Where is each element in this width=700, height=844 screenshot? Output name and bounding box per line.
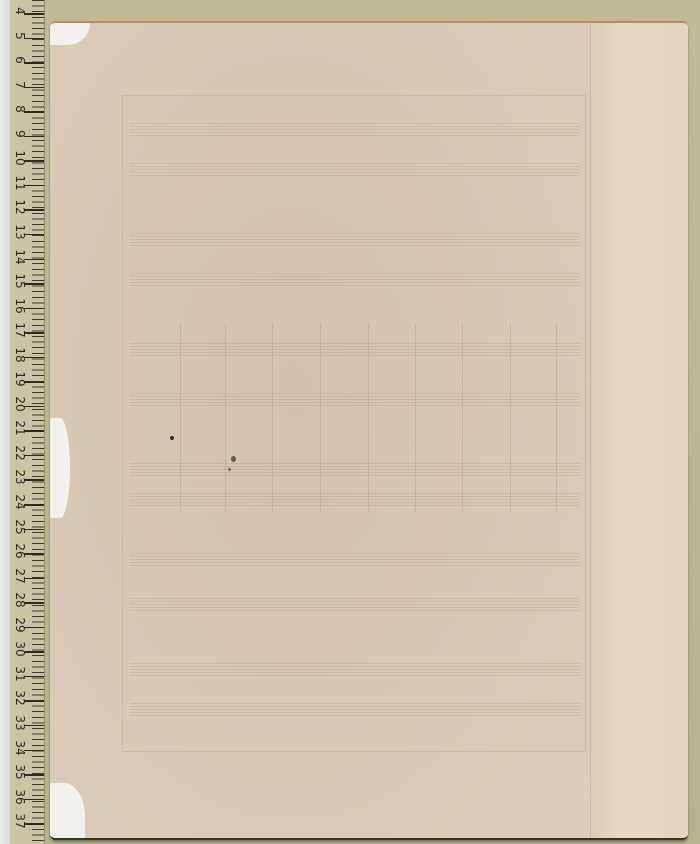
bleed-barline: [320, 323, 321, 513]
torn-edge-left: [50, 418, 70, 518]
bleed-staff: [130, 493, 580, 507]
ruler-label: 21: [13, 419, 27, 437]
ruler-label: 8: [13, 100, 27, 118]
ruler-major-tick: [24, 627, 44, 629]
ruler-label: 7: [13, 76, 27, 94]
ruler-label: 30: [13, 640, 27, 658]
bleed-barline: [368, 323, 369, 513]
ruler-major-tick: [24, 234, 44, 236]
ruler-major-tick: [24, 332, 44, 334]
ruler-ticks: [32, 0, 44, 844]
bleed-staff: [130, 123, 580, 137]
ruler-major-tick: [24, 13, 44, 15]
bleed-barline: [180, 323, 181, 513]
ruler-label: 6: [13, 51, 27, 69]
ruler-major-tick: [24, 479, 44, 481]
ruler-label: 37: [13, 812, 27, 830]
ruler-label: 13: [13, 223, 27, 241]
ruler-label: 19: [13, 370, 27, 388]
centimetre-ruler: 4567891011121314151617181920212223242526…: [0, 0, 45, 844]
ruler-major-tick: [24, 259, 44, 261]
ruler-major-tick: [24, 651, 44, 653]
ruler-label: 22: [13, 444, 27, 462]
ruler-label: 4: [13, 2, 27, 20]
bleed-barline: [556, 323, 557, 513]
bleed-barline: [462, 323, 463, 513]
sheet-binding-strip: [590, 23, 688, 838]
ruler-label: 12: [13, 198, 27, 216]
bleed-staff: [130, 598, 580, 612]
bleed-barline: [272, 323, 273, 513]
ruler-major-tick: [24, 700, 44, 702]
ruler-label: 15: [13, 272, 27, 290]
ruler-label: 5: [13, 27, 27, 45]
bleed-staff: [130, 463, 580, 477]
ink-spot: [228, 468, 231, 471]
ruler-major-tick: [24, 136, 44, 138]
ruler-label: 31: [13, 665, 27, 683]
ruler-label: 29: [13, 616, 27, 634]
ruler-label: 10: [13, 149, 27, 167]
ruler-label: 27: [13, 567, 27, 585]
ruler-label: 26: [13, 542, 27, 560]
ruler-major-tick: [24, 455, 44, 457]
ruler-major-tick: [24, 185, 44, 187]
ruler-major-tick: [24, 111, 44, 113]
ruler-major-tick: [24, 308, 44, 310]
bleed-barline: [510, 323, 511, 513]
ruler-label: 25: [13, 518, 27, 536]
bleed-staff: [130, 163, 580, 177]
ruler-major-tick: [24, 283, 44, 285]
ruler-label: 16: [13, 297, 27, 315]
ruler-major-tick: [24, 529, 44, 531]
ruler-major-tick: [24, 381, 44, 383]
ruler-label: 28: [13, 591, 27, 609]
ruler-label: 18: [13, 346, 27, 364]
ruler-major-tick: [24, 799, 44, 801]
bleed-staff: [130, 393, 580, 407]
ruler-label: 33: [13, 714, 27, 732]
bleed-staff: [130, 553, 580, 567]
bleed-staff: [130, 233, 580, 247]
ruler-label: 11: [13, 174, 27, 192]
ruler-major-tick: [24, 602, 44, 604]
ruler-label: 14: [13, 248, 27, 266]
ruler-label: 20: [13, 395, 27, 413]
ruler-major-tick: [24, 578, 44, 580]
bleed-barline: [415, 323, 416, 513]
ruler-major-tick: [24, 87, 44, 89]
ruler-label: 9: [13, 125, 27, 143]
ruler-edge: [0, 0, 10, 844]
ruler-label: 34: [13, 739, 27, 757]
ruler-label: 23: [13, 468, 27, 486]
ruler-label: 24: [13, 493, 27, 511]
bleed-barline: [225, 323, 226, 513]
bleed-staff: [130, 273, 580, 287]
ruler-major-tick: [24, 62, 44, 64]
bleed-staff: [130, 663, 580, 677]
ruler-major-tick: [24, 38, 44, 40]
bleed-through-frame: [122, 95, 586, 752]
ruler-label: 35: [13, 763, 27, 781]
ruler-major-tick: [24, 160, 44, 162]
ruler-label: 36: [13, 788, 27, 806]
ruler-major-tick: [24, 406, 44, 408]
ruler-major-tick: [24, 750, 44, 752]
ruler-major-tick: [24, 357, 44, 359]
ink-spot: [170, 436, 174, 440]
ruler-label: 17: [13, 321, 27, 339]
ruler-major-tick: [24, 504, 44, 506]
ruler-label: 32: [13, 689, 27, 707]
paper-sheet: [50, 21, 688, 840]
ruler-major-tick: [24, 676, 44, 678]
bleed-staff: [130, 703, 580, 717]
ruler-major-tick: [24, 430, 44, 432]
ruler-major-tick: [24, 823, 44, 825]
ruler-major-tick: [24, 209, 44, 211]
ruler-major-tick: [24, 553, 44, 555]
ruler-major-tick: [24, 774, 44, 776]
ink-spot: [231, 456, 236, 462]
ruler-major-tick: [24, 725, 44, 727]
bleed-staff: [130, 343, 580, 357]
